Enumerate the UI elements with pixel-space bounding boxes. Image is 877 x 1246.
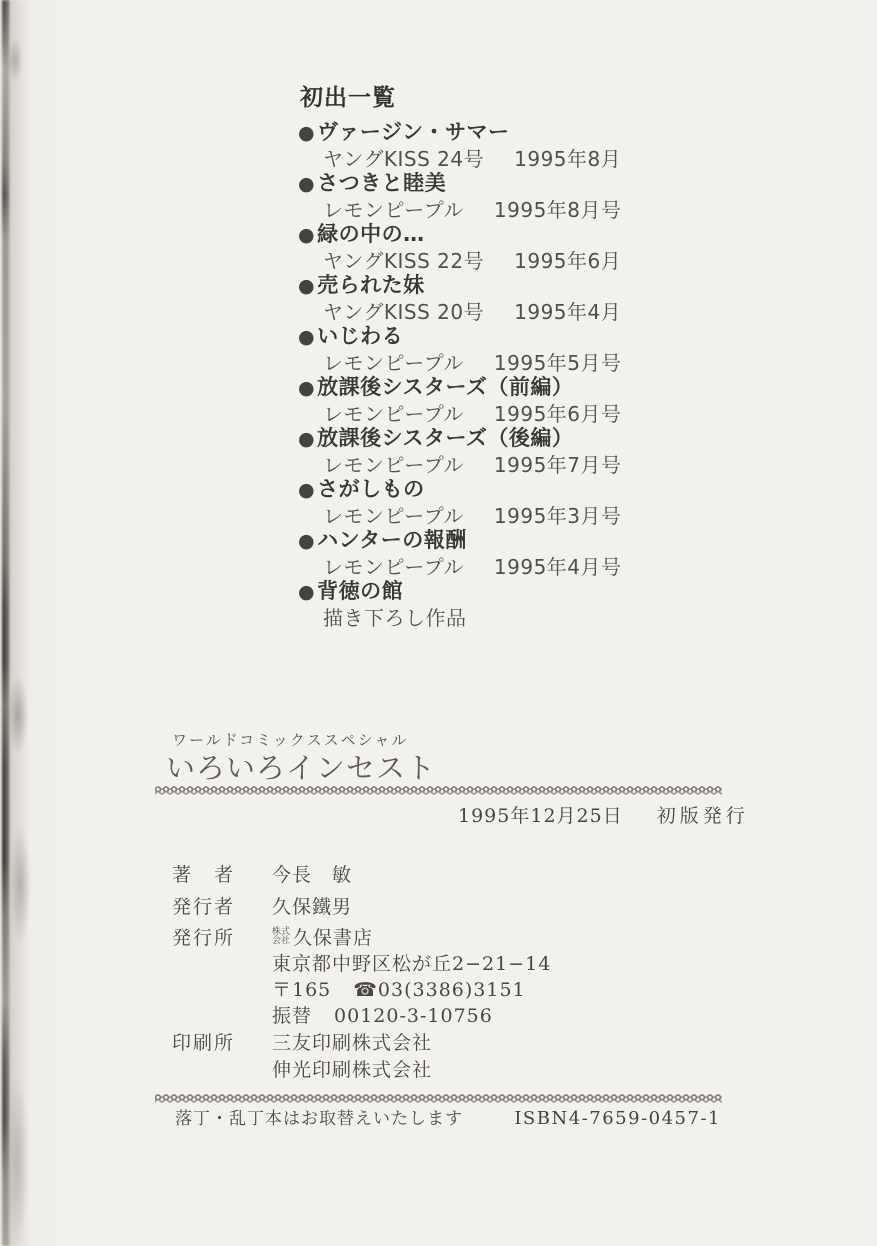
edition-date: 1995年12月25日 [458,805,623,827]
publisher-label: 発行所 [172,925,272,951]
publisher-name: 久保書店 [293,925,373,951]
printer-row: 印刷所 三友印刷株式会社 [172,1030,551,1056]
printer-row-2: 伸光印刷株式会社 [272,1057,551,1083]
publisher-person-name: 久保鐵男 [272,894,352,920]
author-name: 今長 敏 [272,862,352,888]
printer-name-2: 伸光印刷株式会社 [272,1057,432,1083]
postal-phone-row: 〒165☎03(3386)3151 [272,977,551,1003]
colophon-page: 初出一覧 ●ヴァージン・サマー ヤングKISS 24号1995年8月 ●さつきと… [0,0,877,1246]
postal-code: 〒165 [272,977,331,1003]
printer-name-1: 三友印刷株式会社 [272,1030,432,1056]
transfer-row: 振替00120-3-10756 [272,1003,551,1029]
author-row: 著 者 今長 敏 [172,862,551,888]
publisher-address-row: 東京都中野区松が丘2−21−14 [272,951,551,977]
phone-number: ☎03(3386)3151 [353,977,525,1003]
colophon-block: ワールドコミックススペシャル いろいろインセスト 1995年12月25日初版発行… [0,0,877,1246]
publisher-person-row: 発行者 久保鐵男 [172,894,551,920]
decorative-rope-divider-bottom [155,1094,722,1103]
edition-line: 1995年12月25日初版発行 [458,801,749,828]
book-title: いろいろインセスト [166,746,436,787]
company-type-mark: 株式会社 [272,924,290,950]
edition-label: 初版発行 [657,805,749,827]
author-label: 著 者 [172,862,272,888]
publication-fields: 著 者 今長 敏 発行者 久保鐵男 発行所 株式会社 久保書店 東京都中野区松が… [172,862,551,1083]
publisher-address: 東京都中野区松が丘2−21−14 [272,951,551,977]
decorative-rope-divider-top [155,786,722,795]
company-mark-bottom: 会社 [272,937,290,946]
transfer-number: 00120-3-10756 [334,1003,493,1029]
printer-label: 印刷所 [172,1030,272,1056]
spacer [312,1003,334,1029]
bottom-line: 落丁・乱丁本はお取替えいたします ISBN4-7659-0457-1 [175,1104,721,1129]
replacement-notice: 落丁・乱丁本はお取替えいたします [175,1104,463,1129]
transfer-label: 振替 [272,1003,312,1029]
publisher-row: 発行所 株式会社 久保書店 [172,925,551,951]
spacer [331,977,353,1003]
publisher-person-label: 発行者 [172,894,272,920]
isbn-number: ISBN4-7659-0457-1 [514,1108,721,1129]
